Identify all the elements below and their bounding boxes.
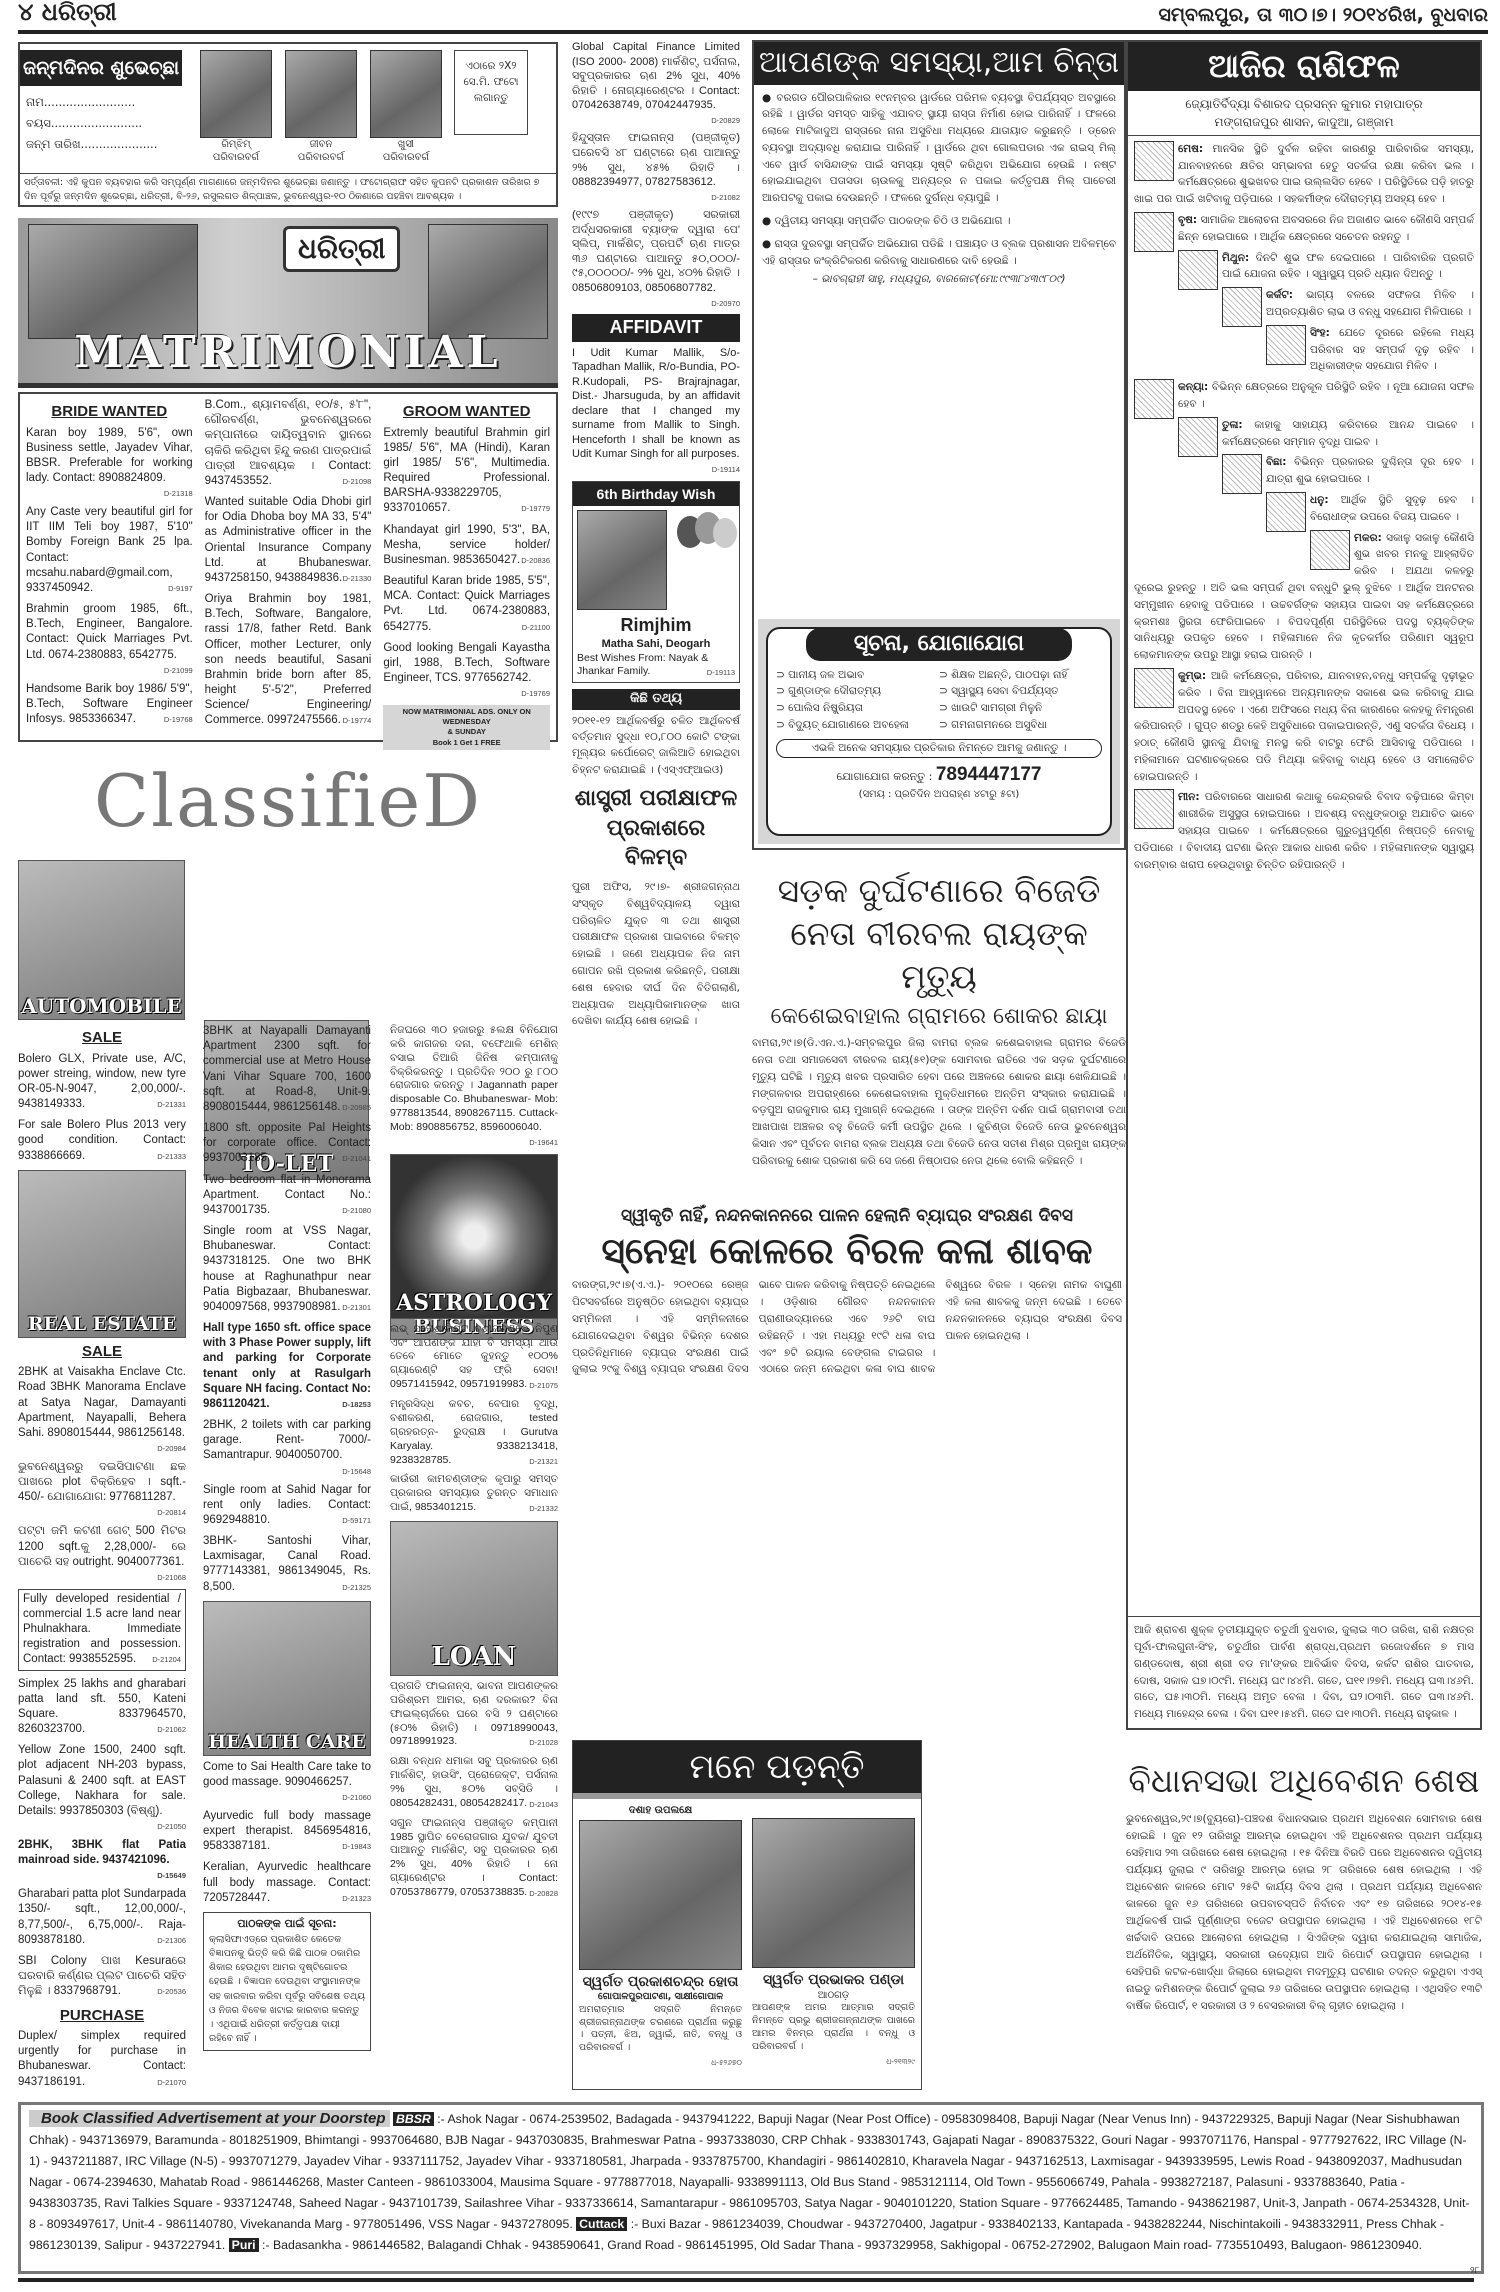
panjika-text: ଆଜି ଶ୍ରାବଣ ଶୁକ୍ଳ ତୃତୀୟାଯୁକ୍ତ ଚତୁର୍ଥୀ ବୁଧ… — [1128, 1616, 1480, 1728]
affidavit-heading: AFFIDAVIT — [572, 314, 740, 341]
problem-item: ● ବରଗଡ ପୌରପାଳିକାର ୧୯ନମ୍ବର ୱାର୍ଡରେ ପରିମଳ … — [762, 90, 1116, 208]
groom-wanted-heading: GROOM WANTED — [383, 402, 550, 422]
obituary-section: ମନେ ପଡ଼ନ୍ତି ଦଶାହ ଉପଲକ୍ଷେ ସ୍ୱର୍ଗତ ପ୍ରକାଶଚ… — [572, 1740, 922, 2090]
classified-column-a: SALE Bolero GLX, Private use, A/C, power… — [18, 1024, 186, 2096]
birthday-coupon: ଜନ୍ମଦିନର ଶୁଭେଚ୍ଛା ନାମ...................… — [18, 42, 558, 207]
classified-column-c: ନିଜଘରେ ୩୦ ହଜାରରୁ ୫ଲକ୍ଷ ବିନିଯୋଗ କରି କାଗଜର… — [390, 1024, 558, 1906]
rashi-item: ମକର: ସକାଳୁ ସକାଳୁ କୌଣସି ଶୁଭ ଖବର ମନକୁ ଆହ୍ଲ… — [1134, 530, 1474, 664]
issue-item: ⊃ ଖାଉଟି ସାମଗ୍ରୀ ମିଳୁନି — [939, 700, 1102, 717]
zodiac-icon — [1178, 417, 1218, 457]
issue-item: ⊃ ଗୁଣ୍ଡାଙ୍କ ଦୌରାତ୍ମ୍ୟ — [776, 683, 939, 700]
automobile-banner: AUTOMOBILE — [18, 860, 185, 1020]
classified-ad: Khandayat girl 1990, 5'3", BA, Mesha, se… — [383, 523, 550, 569]
classified-ad: Beautiful Karan bride 1985, 5'5", MCA. C… — [383, 574, 550, 635]
rashi-item: ବୃଷ: ସାମାଜିକ ଆଲୋଚନା ଅବସରରେ ନିଜ ଅଜାଣତ ଭାବ… — [1134, 212, 1474, 246]
accident-subhead: କେଶେଇବାହାଲ ଗ୍ରାମରେ ଶୋକର ଛାୟା — [752, 1003, 1126, 1032]
zodiac-icon — [1134, 668, 1174, 708]
birthday-wish-ad: 6th Birthday Wish Rimjhim Matha Sahi, De… — [572, 481, 740, 683]
rashi-item: ସିଂହ: ଯେତେ ଦୂରରେ ରହିଲେ ମଧ୍ୟ ପରିବାର ସହ ସମ… — [1134, 325, 1474, 375]
issue-item: ⊃ ସ୍ୱାସ୍ଥ୍ୟ ସେବା ବିପର୍ଯ୍ୟସ୍ତ — [939, 683, 1102, 700]
issue-item: ⊃ ଶିକ୍ଷକ ଅଛନ୍ତି, ପାଠପଢ଼ା ନାହିଁ — [939, 667, 1102, 684]
assembly-story: ବିଧାନସଭା ଅଧିବେଶନ ଶେଷ ଭୁବନେଶ୍ୱର,୨୯।୭(ବ୍ୟୁ… — [1126, 1760, 1482, 2015]
classified-ad: Keralian, Ayurvedic healthcare full body… — [203, 1860, 371, 1906]
zodiac-icon — [1134, 212, 1174, 252]
finance-column: Global Capital Finance Limited (ISO 2000… — [572, 40, 740, 1030]
coupon-title: ଜନ୍ମଦିନର ଶୁଭେଚ୍ଛା — [20, 50, 182, 86]
classified-ad: Brahmin groom 1985, 6ft., B.Tech, Engine… — [26, 602, 193, 676]
issue-item: ⊃ ପୋଲିସ ନିଷ୍କ୍ରିୟତା — [776, 700, 939, 717]
shastri-headline: ଶାସ୍ତ୍ରୀ ପରୀକ୍ଷାଫଳ ପ୍ରକାଶରେ ବିଳମ୍ବ — [572, 784, 740, 873]
portrait-photo — [752, 1818, 915, 1968]
rashi-item: ମୀନ: ପରିବାରରେ ସାଧାରଣ କଥାକୁ କେନ୍ଦ୍ରକରି ବି… — [1134, 789, 1474, 873]
horoscope-section: ଆଜିର ରାଶିଫଳ ଜ୍ୟୋତିର୍ବିଦ୍ୟା ବିଶାରଦ ପ୍ରସନ୍… — [1126, 40, 1482, 1730]
classified-ad: 2BHK, 3BHK flat Patia mainroad side. 943… — [18, 1838, 186, 1881]
classified-ad: B.Com., ଶ୍ୟାମବର୍ଣ୍ଣ, ୧୦/୫, ୫'୮", ଗୌରବର୍ଣ… — [205, 398, 372, 489]
loan-banner: LOAN — [390, 1521, 558, 1676]
coupon-photo-3: ଖୁସୀ ପରିବାରବର୍ଗ — [370, 50, 442, 164]
zodiac-icon — [1266, 325, 1306, 365]
child-photo — [200, 50, 272, 138]
footer-rule — [18, 2278, 1474, 2282]
info-box-title: ସୂଚନା, ଯୋଗାଯୋଗ — [806, 628, 1072, 661]
classified-ad: Ayurvedic full body massage expert thera… — [203, 1809, 371, 1855]
contact-number[interactable]: 7894447177 — [936, 764, 1042, 785]
classified-ad: Two bedroom flat in Monorama Apartment. … — [203, 1173, 371, 1219]
puri-agents: Badasankha - 9861446582, Balagandi Chhak… — [273, 2238, 1422, 2252]
classified-ad: 3BHK at Nayapalli Damayanti Apartment 23… — [203, 1024, 371, 1115]
classified-ad: କାଉଁରୀ କାମଚଣ୍ଡୀଙ୍କ କୃପାରୁ ସମସ୍ତ ପ୍ରକାରର … — [390, 1473, 558, 1515]
assembly-headline: ବିଧାନସଭା ଅଧିବେଶନ ଶେଷ — [1126, 1760, 1482, 1803]
rashi-item: ଧନୁ: ଆର୍ଥିକ ସ୍ଥିତି ସୁଦୃଢ଼ ହେବ । ବିରୋଧୀଙ୍… — [1134, 492, 1474, 526]
classified-ad: 2BHK at Vaisakha Enclave Ctc. Road 3BHK … — [18, 1365, 186, 1454]
rashi-item: ତୁଳା: କାହାକୁ ସାହାଯ୍ୟ କରିବାରେ ଆନନ୍ଦ ପାଇବେ… — [1134, 417, 1474, 451]
purchase-heading: PURCHASE — [18, 2006, 186, 2026]
matrimonial-banner: ଧରିତ୍ରୀ MATRIMONIAL — [18, 218, 558, 388]
rashi-item: କୁମ୍ଭ: ଆଜି କର୍ମକ୍ଷେତ୍ର, ପରିବାର, ଯାନବାହନ,… — [1134, 668, 1474, 786]
shastri-body: ପୁରୀ ଅଫିସ, ୨୯।୭- ଶ୍ରୀଜଗନ୍ନାଥ ସଂସ୍କୃତ ବିଶ… — [572, 879, 740, 1030]
reader-notice: ପାଠକଙ୍କ ପାଇଁ ସୂଚନା: କ୍ଲାସିଫାଏଡ୍‌ରେ ପ୍ରକା… — [203, 1912, 371, 2051]
matrimonial-col-2: B.Com., ଶ୍ୟାମବର୍ଣ୍ଣ, ୧୦/୫, ୫'୮", ଗୌରବର୍ଣ… — [205, 398, 372, 736]
matrimonial-col-1: BRIDE WANTED Karan boy 1989, 5'6", own B… — [26, 398, 193, 736]
rashi-item: ବିଛା: ବିଭିନ୍ନ ପ୍ରକାରର ଦୁଶ୍ଚିନ୍ତା ଦୂର ହେବ… — [1134, 454, 1474, 488]
classified-ad: Global Capital Finance Limited (ISO 2000… — [572, 40, 740, 125]
rashi-item: ମିଥୁନ: ଦିନଟି ଶୁଭ ଫଳ ଦେଇପାରେ । ପାରିବାରିକ … — [1134, 250, 1474, 284]
classified-ad: 3BHK- Santoshi Vihar, Laxmisagar, Canal … — [203, 1534, 371, 1595]
classified-ad: 2BHK, 2 toilets with car parking garage.… — [203, 1418, 371, 1476]
classified-ad: Bolero GLX, Private use, A/C, power stre… — [18, 1052, 186, 1113]
child-photo — [370, 50, 442, 138]
masthead: ୪ ଧରିତ୍ରୀ ସମ୍ବଲପୁର, ତା ୩୦।୭। ୨୦୧୪ରିଖ, ବୁ… — [18, 0, 1488, 34]
name-field[interactable]: ନାମ......................... — [26, 92, 157, 113]
problem-signature: – ଭାବଗ୍ରାହୀ ସାହୁ, ମଧ୍ୟପୁର, ବାରକୋଟ(ମୋ:୯୯୩… — [762, 273, 1116, 287]
dateline: ସମ୍ବଲପୁର, ତା ୩୦।୭। ୨୦୧୪ରିଖ, ବୁଧବାର — [1158, 3, 1488, 28]
bbsr-tag: BBSR — [393, 2112, 434, 2126]
classified-ad: ସଗୁନ ଫାଇନାନ୍ସ ପଞ୍ଜୀକୃତ କମ୍ପାନୀ 1985 ସ୍ଥା… — [390, 1817, 558, 1900]
bride-wanted-heading: BRIDE WANTED — [26, 402, 193, 422]
classified-ad: 1800 sft. opposite Pal Heights for corpo… — [203, 1121, 371, 1167]
tiger-kicker: ସ୍ୱୀକୃତି ନାହିଁ, ନନ୍ଦନକାନନରେ ପାଳନ ହେଲାନି … — [572, 1205, 1122, 1227]
tiger-story: ସ୍ୱୀକୃତି ନାହିଁ, ନନ୍ଦନକାନନରେ ପାଳନ ହେଲାନି … — [572, 1205, 1122, 1747]
zodiac-icon — [1266, 492, 1306, 532]
classified-ad: Karan boy 1989, 5'6", own Business settl… — [26, 426, 193, 500]
brand-logo: ଧରିତ୍ରୀ — [283, 226, 400, 272]
classified-ad: ଲଭ୍ ସ୍ପେଶାଲିଷ୍ଟ ବଶୀକରଣରେ ନିପୁଣ ଏବଂ ଆପଣଙ୍… — [390, 1323, 558, 1392]
photo-placeholder: ଏଠାରେ ୨X୨ ସେ.ମି. ଫଟୋ ଲଗାନ୍ତୁ — [454, 50, 528, 135]
zodiac-icon — [1134, 789, 1174, 829]
auto-sale-heading: SALE — [18, 1028, 186, 1048]
classified-ad: Single room at VSS Nagar, Bhubaneswar. C… — [203, 1224, 371, 1315]
facts-text: ୨୦୧୧-୧୨ ଆର୍ଥିକବର୍ଷରୁ ଚଳିତ ଆର୍ଥିକବର୍ଷ ବର୍… — [572, 713, 740, 778]
obituary-right: ସ୍ୱର୍ଗତ ପ୍ରଭାକର ପଣ୍ଡା ଆଠଗଡ଼ ଆପଣଙ୍କ ଅମର ଆ… — [752, 1804, 915, 2068]
rashi-item: କନ୍ୟା: ବିଭିନ୍ନ କ୍ଷେତ୍ରରେ ଅନୁକୂଳ ପରିସ୍ଥିତ… — [1134, 379, 1474, 413]
rashi-item: କର୍କଟ: ଭାଗ୍ୟ ବଳରେ ସଫଳତା ମିଳିବ । ଅପ୍ରତ୍ୟା… — [1134, 287, 1474, 321]
affidavit-notice: I Udit Kumar Mallik, S/o- Tapadhan Malli… — [572, 346, 740, 475]
issue-list: ⊃ ପାନୀୟ ଜଳ ଅଭାବ ⊃ ଶିକ୍ଷକ ଅଛନ୍ତି, ପାଠପଢ଼ା… — [776, 667, 1102, 734]
classified-ad: Handsome Barik boy 1986/ 5'9", B.Tech, S… — [26, 682, 193, 728]
cuttack-tag: Cuttack — [576, 2217, 627, 2231]
boxed-classified-ad: Fully developed residential / commercial… — [18, 1589, 186, 1671]
horoscope-title: ଆଜିର ରାଶିଫଳ — [1128, 42, 1480, 91]
classified-ad: ହିନ୍ଦୁସ୍ତାନ ଫାଇନାନ୍ସ (ପଞ୍ଜୀକୃତ) ଘରେବସି ୪… — [572, 131, 740, 202]
rashi-list: ମେଷ: ମାନସିକ ସ୍ଥିତି ଦୁର୍ବଳ ରହିବା କାରଣରୁ ପ… — [1128, 136, 1480, 883]
classified-ad: ନିଜଘରେ ୩୦ ହଜାରରୁ ୫ଲକ୍ଷ ବିନିଯୋଗ କରି କାଗଜର… — [390, 1024, 558, 1148]
facts-heading: କିଛି ତଥ୍ୟ — [572, 689, 740, 710]
classified-ad: For sale Bolero Plus 2013 very good cond… — [18, 1118, 186, 1164]
bbsr-agents: Ashok Nagar - 0674-2539502, Badagada - 9… — [29, 2112, 1469, 2231]
contact-line: ଯୋଗାଯୋଗ କରନ୍ତୁ : 7894447177 — [776, 763, 1102, 788]
classified-logo: ClassifieD — [18, 758, 558, 846]
classified-ad: Duplex/ simplex required urgently for pu… — [18, 2029, 186, 2090]
portrait-photo — [579, 1820, 742, 1970]
dob-field[interactable]: ଜନ୍ମ ତାରିଖ..................... — [26, 134, 157, 155]
balloons-icon — [673, 510, 735, 610]
problem-item: ● ରାସ୍ତା ଦୁରବସ୍ଥା ସମ୍ପର୍କିତ ଅଭିଯୋଗ ପଡିଛି… — [762, 236, 1116, 270]
classified-ad: Simplex 25 lakhs and gharabari patta lan… — [18, 1677, 186, 1738]
zodiac-icon — [1222, 287, 1262, 327]
astrology-banner: ASTROLOGY — [390, 1154, 558, 1319]
classified-ad: Any Caste very beautiful girl for IIT II… — [26, 505, 193, 596]
booking-lead — [29, 2110, 37, 2127]
accident-headline: ସଡ଼କ ଦୁର୍ଘଟଣାରେ ବିଜେଡି ନେତା ବୀରବଲ ରାୟଙ୍କ… — [752, 870, 1126, 999]
matrimonial-ads: BRIDE WANTED Karan boy 1989, 5'6", own B… — [18, 392, 558, 742]
page-label: ୪ ଧରିତ୍ରୀ — [18, 0, 117, 28]
classified-ad: Hall type 1650 sft. office space with 3 … — [203, 1321, 371, 1412]
classified-ad: Wanted suitable Odia Dhobi girl for Odia… — [205, 495, 372, 586]
classified-ad: Come to Sai Health Care take to good mas… — [203, 1760, 371, 1803]
issue-item: ⊃ ଗମନାଗମନରେ ଅସୁବିଧା — [939, 717, 1102, 734]
classified-ad: Yellow Zone 1500, 2400 sqft. plot adjace… — [18, 1743, 186, 1832]
astrologer-byline: ଜ୍ୟୋତିର୍ବିଦ୍ୟା ବିଶାରଦ ପ୍ରସନ୍ନ କୁମାର ମହାପ… — [1128, 91, 1480, 136]
banner-title: MATRIMONIAL — [18, 324, 558, 381]
classified-ad: SBI Colony ପାଖ Kesuraରେ ଘରବାରି କର୍ଣ୍ଣର ପ… — [18, 1954, 186, 2000]
classified-ad: Single room at Sahid Nagar for rent only… — [203, 1483, 371, 1529]
child-photo — [577, 510, 667, 610]
health-care-banner: HEALTH CARE — [203, 1601, 371, 1756]
coupon-photo-2: ଜୀବନ ପରିବାରବର୍ଗ — [285, 50, 357, 164]
couple-photo — [28, 224, 198, 339]
accident-story: ସଡ଼କ ଦୁର୍ଘଟଣାରେ ବିଜେଡି ନେତା ବୀରବଲ ରାୟଙ୍କ… — [752, 870, 1126, 1170]
classified-ad: Gharabari patta plot Sundarpada 1350/- s… — [18, 1887, 186, 1948]
realestate-sale-heading: SALE — [18, 1342, 186, 1362]
booking-bar: Book Classified Advertisement at your Do… — [18, 2102, 1484, 2274]
classified-column-b: 3BHK at Nayapalli Damayanti Apartment 23… — [203, 1024, 371, 2051]
classified-ad: ମନ୍ତ୍ରସିଦ୍ଧ କବଚ, ବେପାର ବୃଦ୍ଧି, ବଶୀକରଣ, ର… — [390, 1398, 558, 1467]
classified-ad: Extremly beautiful Brahmin girl 1985/ 5'… — [383, 426, 550, 517]
matrimonial-notice: NOW MATRIMONIAL ADS. ONLY ONWEDNESDAY& S… — [383, 705, 550, 750]
problem-item: ● ଦ୍ୱିତୀୟ ସମସ୍ୟା ସମ୍ପର୍କିତ ପାଠକଙ୍କ ଚିଠି … — [762, 213, 1116, 230]
real-estate-banner: REAL ESTATE — [18, 1170, 186, 1338]
problems-section: ଆପଣଙ୍କ ସମସ୍ୟା,ଆମ ଚିନ୍ତା ● ବରଗଡ ପୌରପାଳିକା… — [752, 40, 1126, 850]
coupon-fields: ନାମ......................... ବୟସ........… — [26, 92, 157, 155]
child-photo — [285, 50, 357, 138]
classified-ad: ପ୍ରଗତି ଫାଇନାନ୍ସ, ଭାବନା ଆପଣଙ୍କର ପରିଶ୍ରମ ଆ… — [390, 1680, 558, 1749]
zodiac-icon — [1134, 141, 1174, 181]
zodiac-icon — [1222, 454, 1262, 494]
zodiac-icon — [1310, 530, 1350, 570]
call-to-action: ଏଭଳି ଅନେକ ସମସ୍ୟାର ପ୍ରତିକାର ନିମନ୍ତେ ଆମକୁ … — [776, 739, 1102, 759]
issue-item: ⊃ ପାନୀୟ ଜଳ ଅଭାବ — [776, 667, 939, 684]
page-number: ୨୮ — [1470, 2266, 1479, 2278]
tiger-headline: ସ୍ନେହା କୋଳରେ ବିରଳ କଳା ଶାବକ — [572, 1227, 1122, 1277]
puri-tag: Puri — [229, 2238, 259, 2252]
zodiac-icon — [1134, 379, 1174, 419]
bride-photo — [428, 224, 548, 339]
classified-ad: ରକ୍ଷା ବନ୍ଧନ ଧମାକା ସବୁ ପ୍ରକାରର ଋଣ ମାର୍କଶି… — [390, 1755, 558, 1810]
classified-ad: Oriya Brahmin boy 1981, B.Tech, Software… — [205, 592, 372, 729]
age-field[interactable]: ବୟସ......................... — [26, 113, 157, 134]
obituary-title: ମନେ ପଡ଼ନ୍ତି — [573, 1741, 921, 1799]
tiger-body: ବାରଙ୍ଗ,୨୯।୭(ଏ.ଏ.)- ୨୦୧୦ରେ ରେଞ୍ଜ ପିଟସବର୍ଗ… — [572, 1277, 1122, 1747]
classified-ad: (୧୯୯୭ ପଞ୍ଜୀକୃତ) ସରକାରୀ ଅର୍ଦ୍ଧସରକାରୀ ବ୍ୟା… — [572, 208, 740, 308]
coupon-terms: ସର୍ତ୍ତାବଳୀ: ଏହି କୁପନ ବ୍ୟବହାର କରି ସମ୍ପୂର୍… — [20, 173, 556, 205]
obituary-left: ଦଶାହ ଉପଲକ୍ଷେ ସ୍ୱର୍ଗତ ପ୍ରକାଶଚନ୍ଦ୍ର ହୋତା ଗ… — [579, 1804, 742, 2068]
issue-item: ⊃ ବିଦ୍ୟୁତ୍ ଯୋଗାଣରେ ଅବହେଳା — [776, 717, 939, 734]
booking-lead: Book Classified Advertisement at your Do… — [37, 2110, 390, 2127]
classified-ad: ପଟ୍ଟା ଜମି କଟଣୀ ଗେଟ୍ 500 ମିଟର 1200 sqft.କ… — [18, 1524, 186, 1582]
info-contact-box: ସୂଚନା, ଯୋଗାଯୋଗ ⊃ ପାନୀୟ ଜଳ ଅଭାବ ⊃ ଶିକ୍ଷକ … — [758, 619, 1120, 844]
accident-body: ବାମରା,୨୯।୭(ଡି.ଏନ.ଏ.)-ସମ୍ବଲପୁର ଜିଲା ବାମରା… — [752, 1035, 1126, 1169]
classified-ad: ଭୁବନେଶ୍ୱରରୁ ଦଇସିପାଟଣା ଛକ ପାଖରେ plot ବିକ୍… — [18, 1460, 186, 1518]
classified-ad: Good looking Bengali Kayastha girl, 1988… — [383, 641, 550, 699]
rashi-item: ମେଷ: ମାନସିକ ସ୍ଥିତି ଦୁର୍ବଳ ରହିବା କାରଣରୁ ପ… — [1134, 141, 1474, 208]
matrimonial-col-3: GROOM WANTED Extremly beautiful Brahmin … — [383, 398, 550, 736]
assembly-body: ଭୁବନେଶ୍ୱର,୨୯।୭(ବ୍ୟୁରୋ)-ପଞ୍ଚଦଶ ବିଧାନସଭାର … — [1126, 1811, 1482, 2015]
zodiac-icon — [1178, 250, 1218, 290]
problems-title: ଆପଣଙ୍କ ସମସ୍ୟା,ଆମ ଚିନ୍ତା — [754, 42, 1124, 85]
coupon-photo-1: ରିମ୍ଝିମ୍ ପରିବାରବର୍ଗ — [200, 50, 272, 164]
